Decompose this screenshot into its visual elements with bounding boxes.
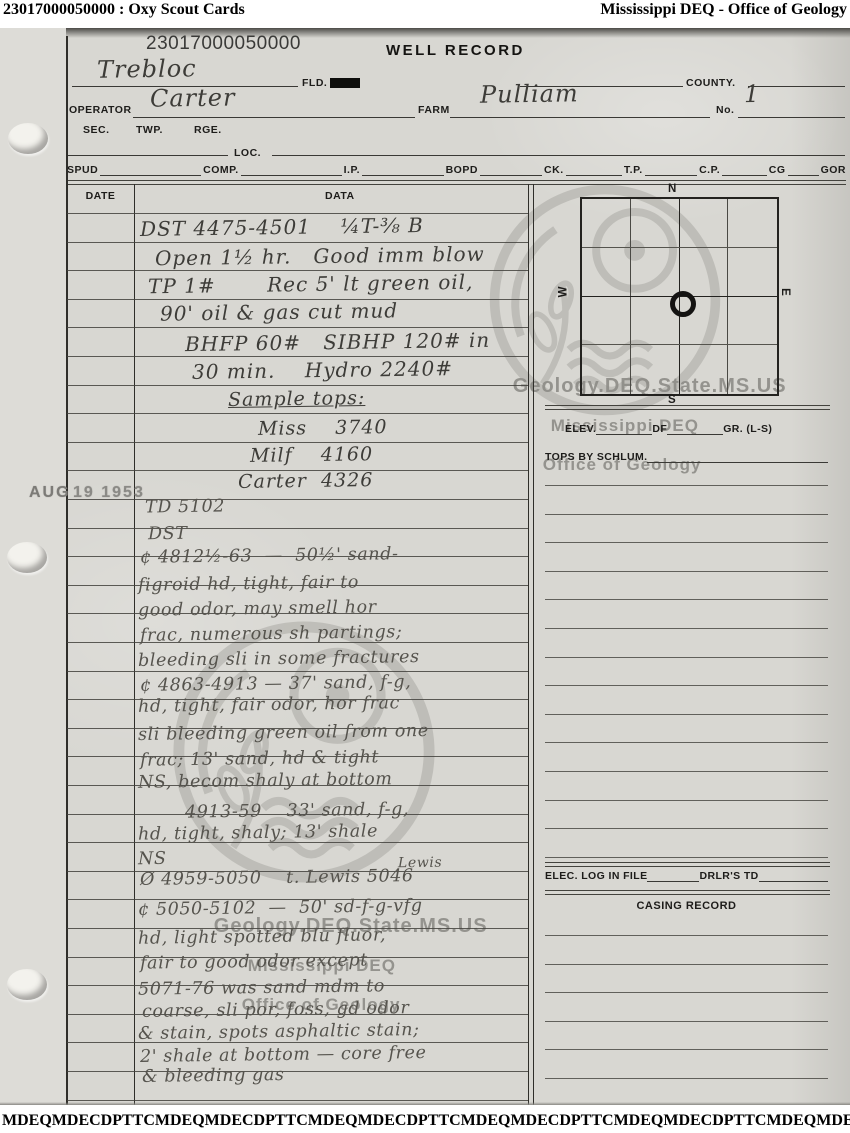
log-line: ¢ 4863-4913 — 37' sand, f-g,: [140, 672, 412, 696]
log-line: Miss 3740: [258, 416, 388, 440]
ruled-line: [545, 599, 828, 600]
log-line: ¢ 4812½-63 — 50½' sand-: [140, 544, 399, 568]
spud-row-label: GOR: [821, 164, 846, 176]
gr-label: GR. (L-S): [723, 423, 772, 435]
spud-blank-line: [645, 166, 697, 176]
log-line: bleeding sli in some fractures: [138, 647, 420, 671]
ruled-line: [67, 413, 528, 414]
log-line: hd, tight, shaly; 13' shale: [138, 821, 378, 844]
spud-blank-line: [362, 166, 444, 176]
spud-row: SPUDCOMP.I.P.BOPDCK.T.P.C.P.CGGOR: [67, 164, 846, 176]
footer-token: PTTC: [418, 1112, 461, 1130]
log-line: 90' oil & gas cut mud: [160, 298, 398, 325]
operator-handwritten: Carter: [150, 83, 236, 112]
section-location-map: [580, 197, 779, 396]
loc-label: LOC.: [234, 147, 261, 159]
ruled-line: [545, 857, 828, 858]
divider-line: [545, 866, 830, 867]
divider-line: [545, 409, 830, 410]
sec-label: SEC.: [83, 124, 110, 136]
spud-row-label: CK.: [544, 164, 564, 176]
footer-token: MDEQ: [461, 1112, 511, 1130]
rge-label: RGE.: [194, 124, 222, 136]
footer-token: MDECD: [52, 1112, 112, 1130]
divider-line: [545, 405, 830, 406]
footer-token: MDECD: [816, 1112, 850, 1130]
loc-blank-line: [272, 155, 845, 156]
no-blank-line: [738, 117, 845, 118]
df-blank-line: [667, 424, 723, 435]
divider-line: [545, 894, 830, 895]
log-line: sli bleeding green oil from one: [138, 721, 429, 745]
fld-label: FLD.: [302, 77, 327, 89]
ruled-line: [545, 1021, 828, 1022]
ruled-line: [545, 964, 828, 965]
operator-label: OPERATOR: [69, 104, 132, 116]
title-left: 23017000050000 : Oxy Scout Cards: [3, 1, 245, 19]
ruled-line: [545, 714, 828, 715]
log-line: Sample tops:: [228, 387, 366, 411]
elec-log-row: ELEC. LOG IN FILE DRLR'S TD: [545, 870, 828, 882]
ruled-line: [67, 385, 528, 386]
well-location-marker: [670, 291, 696, 317]
spud-blank-line: [480, 166, 542, 176]
ruled-line: [545, 571, 828, 572]
footer-token: MDECD: [510, 1112, 570, 1130]
log-line: frac, numerous sh partings;: [140, 622, 403, 646]
county-blank-line: [748, 86, 845, 87]
log-line: 2' shale at bottom — core free: [140, 1043, 427, 1067]
date-stamp-day-year: 19 1953: [73, 484, 145, 502]
ruled-line: [545, 542, 828, 543]
loc-blank-line: [68, 155, 228, 156]
ruled-line: [67, 1042, 528, 1043]
spud-row-label: C.P.: [699, 164, 720, 176]
log-line: 30 min. Hydro 2240#: [192, 356, 453, 384]
log-line: coarse, sli por, foss, gd odor: [142, 998, 410, 1022]
compass-west-label: W: [557, 287, 569, 298]
title-bar: 23017000050000 : Oxy Scout Cards Mississ…: [0, 0, 850, 28]
ruled-line: [545, 657, 828, 658]
punch-hole: [7, 969, 47, 1000]
log-line: good odor, may smell hor: [138, 597, 377, 620]
card-title: WELL RECORD: [386, 42, 525, 59]
map-gridline: [582, 344, 777, 345]
footer-token: PTTC: [265, 1112, 308, 1130]
well-serial-number: 23017000050000: [146, 33, 301, 55]
drlrs-blank-line: [759, 871, 828, 882]
divider-line: [67, 184, 846, 185]
compass-east-label: E: [779, 288, 791, 296]
log-line: 4913-59 33' sand, f-g,: [185, 799, 409, 822]
spud-row-label: CG: [769, 164, 786, 176]
ruled-line: [67, 442, 528, 443]
elev-label: ELEV.: [565, 423, 596, 435]
farm-blank-line: [450, 117, 710, 118]
footer-token: PTTC: [112, 1112, 155, 1130]
spud-row-label: BOPD: [446, 164, 478, 176]
ruled-line: [67, 1071, 528, 1072]
ruled-line: [545, 1049, 828, 1050]
spud-row-label: T.P.: [624, 164, 643, 176]
no-label: No.: [716, 104, 734, 116]
footer-token: MDEQ: [308, 1112, 358, 1130]
spud-blank-line: [788, 166, 819, 176]
spud-blank-line: [566, 166, 622, 176]
ruled-line: [67, 1100, 528, 1101]
ruled-line: [545, 800, 828, 801]
ruled-line: [545, 935, 828, 936]
date-data-separator: [134, 184, 135, 1105]
log-line: & bleeding gas: [142, 1065, 285, 1087]
county-label: COUNTY.: [686, 77, 736, 89]
divider-line: [67, 180, 846, 181]
log-line: DST 4475-4501 ¼T-⅜ B: [140, 213, 424, 241]
log-line: Ø 4959-5050 t. Lewis 5046: [140, 866, 414, 890]
tops-blank-line: [647, 452, 828, 463]
log-line: Carter 4326: [238, 469, 374, 493]
ruled-line: [545, 742, 828, 743]
divider-line: [545, 862, 830, 863]
elev-blank-line: [596, 424, 652, 435]
lewis-annotation: Lewis: [398, 855, 442, 872]
well-number-handwritten: 1: [744, 80, 761, 108]
log-line: ¢ 5050-5102 — 50' sd-f-g-vfg: [138, 896, 423, 920]
title-right: Mississippi DEQ - Office of Geology: [600, 1, 847, 19]
twp-label: TWP.: [136, 124, 163, 136]
tops-by-schlum-label: TOPS BY SCHLUM.: [545, 451, 647, 463]
compass-north-label: N: [668, 183, 676, 195]
ruled-line: [67, 356, 528, 357]
log-line: frac; 13' sand, hd & tight: [140, 747, 379, 770]
log-line: Milf 4160: [250, 443, 373, 467]
log-line: fair to good odor except: [140, 950, 368, 973]
footer-token: MDEQ: [614, 1112, 664, 1130]
spud-row-label: SPUD: [67, 164, 98, 176]
ruled-line: [545, 1078, 828, 1079]
punch-hole: [8, 123, 48, 154]
ruled-line: [545, 514, 828, 515]
ruled-line: [67, 528, 528, 529]
log-line: & stain, spots asphaltic stain;: [138, 1020, 420, 1044]
df-label: DF: [652, 423, 667, 435]
footer-token: PTTC: [571, 1112, 614, 1130]
spud-blank-line: [241, 166, 342, 176]
log-line: TD 5102: [145, 496, 225, 517]
farm-label: FARM: [418, 104, 450, 116]
log-line: NS, becom shaly at bottom: [138, 769, 393, 793]
divider-line: [545, 890, 830, 891]
ruled-line: [67, 671, 528, 672]
footer-token: MDEQ: [766, 1112, 816, 1130]
elevation-row: ELEV. DF GR. (L-S): [565, 423, 787, 435]
footer-token: MDECD: [205, 1112, 265, 1130]
footer-token: MDECD: [358, 1112, 418, 1130]
log-line: DST: [148, 524, 188, 545]
tops-by-schlum-row: TOPS BY SCHLUM.: [545, 451, 828, 463]
footer-token: MDEQ: [155, 1112, 205, 1130]
log-line: 5071-76 was sand mdm to: [138, 976, 385, 999]
data-right-divider: [528, 184, 529, 1105]
footer-bar: MDEQMDECDPTTCMDEQMDECDPTTCMDEQMDECDPTTCM…: [0, 1105, 850, 1133]
date-stamp-month: AUG: [29, 484, 71, 502]
spud-blank-line: [100, 166, 201, 176]
ruled-line: [545, 828, 828, 829]
data-column-header: DATA: [325, 190, 355, 202]
log-line: hd, tight, fair odor, hor frac: [138, 693, 400, 717]
drlrs-td-label: DRLR'S TD: [699, 870, 758, 882]
log-line: NS: [138, 849, 167, 869]
date-column-header: DATE: [67, 190, 134, 202]
log-line: figroid hd, tight, fair to: [138, 572, 359, 595]
ruled-line: [545, 685, 828, 686]
ruled-line: [545, 992, 828, 993]
farm-handwritten: Pulliam: [480, 79, 579, 108]
redaction-blot: [330, 78, 360, 88]
spud-row-label: COMP.: [203, 164, 239, 176]
spud-blank-line: [722, 166, 767, 176]
field-name-handwritten: Trebloc: [97, 54, 197, 83]
ruled-line: [545, 485, 828, 486]
map-gridline: [582, 247, 777, 248]
log-line: TP 1# Rec 5' lt green oil,: [148, 270, 474, 299]
log-line: hd, light spotted blu fluor,: [138, 925, 386, 948]
operator-blank-line: [133, 117, 415, 118]
footer-token: MDECD: [663, 1112, 723, 1130]
log-line: Open 1½ hr. Good imm blow: [155, 242, 485, 271]
punch-hole: [7, 542, 47, 573]
data-right-divider: [533, 184, 534, 1105]
elec-log-label: ELEC. LOG IN FILE: [545, 870, 647, 882]
footer-token: MDEQ: [2, 1112, 52, 1130]
casing-record-heading: CASING RECORD: [545, 900, 828, 912]
log-line: BHFP 60# SIBHP 120# in: [185, 328, 491, 356]
footer-token: PTTC: [724, 1112, 767, 1130]
scanned-well-record-card: Geology.DEQ.State.MS.US Mississippi DEQ …: [0, 28, 850, 1105]
ruled-line: [545, 771, 828, 772]
ruled-line: [545, 628, 828, 629]
spud-row-label: I.P.: [344, 164, 360, 176]
elec-blank-line: [647, 871, 699, 882]
